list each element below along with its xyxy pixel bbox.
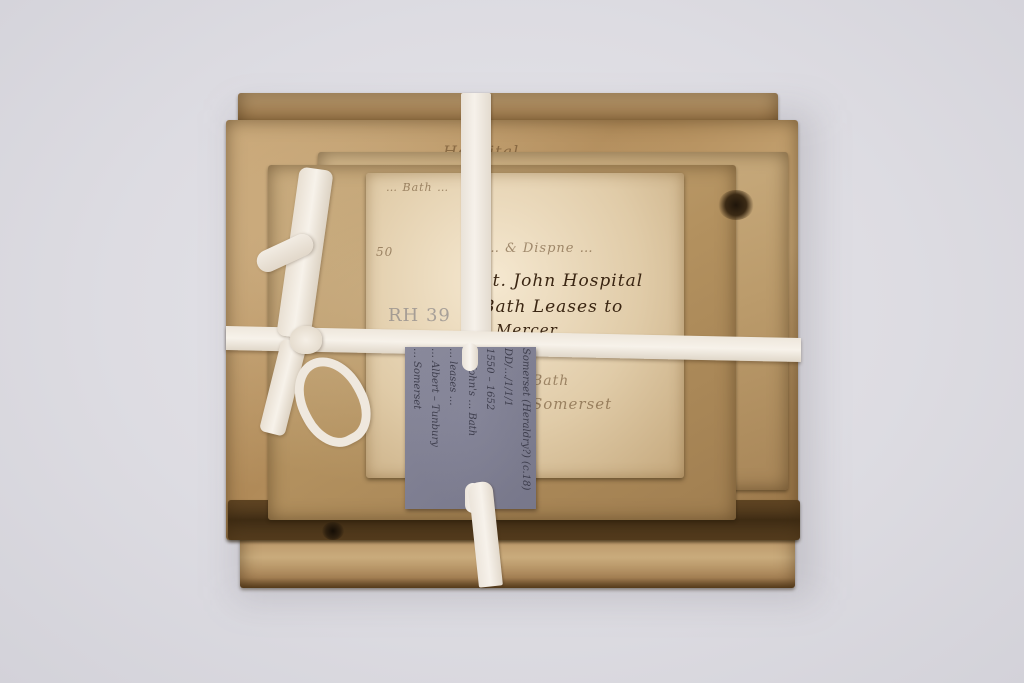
ink-stain-bottom [322, 522, 344, 540]
card-handwriting-line4: Bath Leases to [482, 297, 623, 317]
ink-stain-right [718, 190, 754, 220]
label-line: Somerset (Heraldry?) (c.18) [520, 348, 531, 508]
tape-through-label-top [462, 343, 478, 371]
photo-scene: …Hospital … … Bath … 50 … & Dispne … St.… [0, 0, 1024, 683]
cotton-tape-vertical-top [461, 93, 491, 368]
card-handwriting-line7: Somerset [532, 395, 612, 413]
label-line: … leases … [447, 348, 458, 508]
card-handwriting-line6: Bath [532, 373, 569, 389]
card-handwriting-line2: … & Dispne … [486, 241, 594, 256]
card-pencil-mark: RH 39 [388, 305, 451, 326]
label-line: DD/…/1/1/1 [502, 348, 513, 508]
label-line: … Somerset [411, 348, 422, 508]
card-handwriting-line1: … Bath … [386, 181, 449, 194]
label-line: … Albert – Tunbury [429, 348, 440, 508]
card-handwriting-line3: St. John Hospital [480, 271, 643, 291]
bow-knot [290, 326, 322, 354]
card-margin-number: 50 [376, 245, 393, 259]
